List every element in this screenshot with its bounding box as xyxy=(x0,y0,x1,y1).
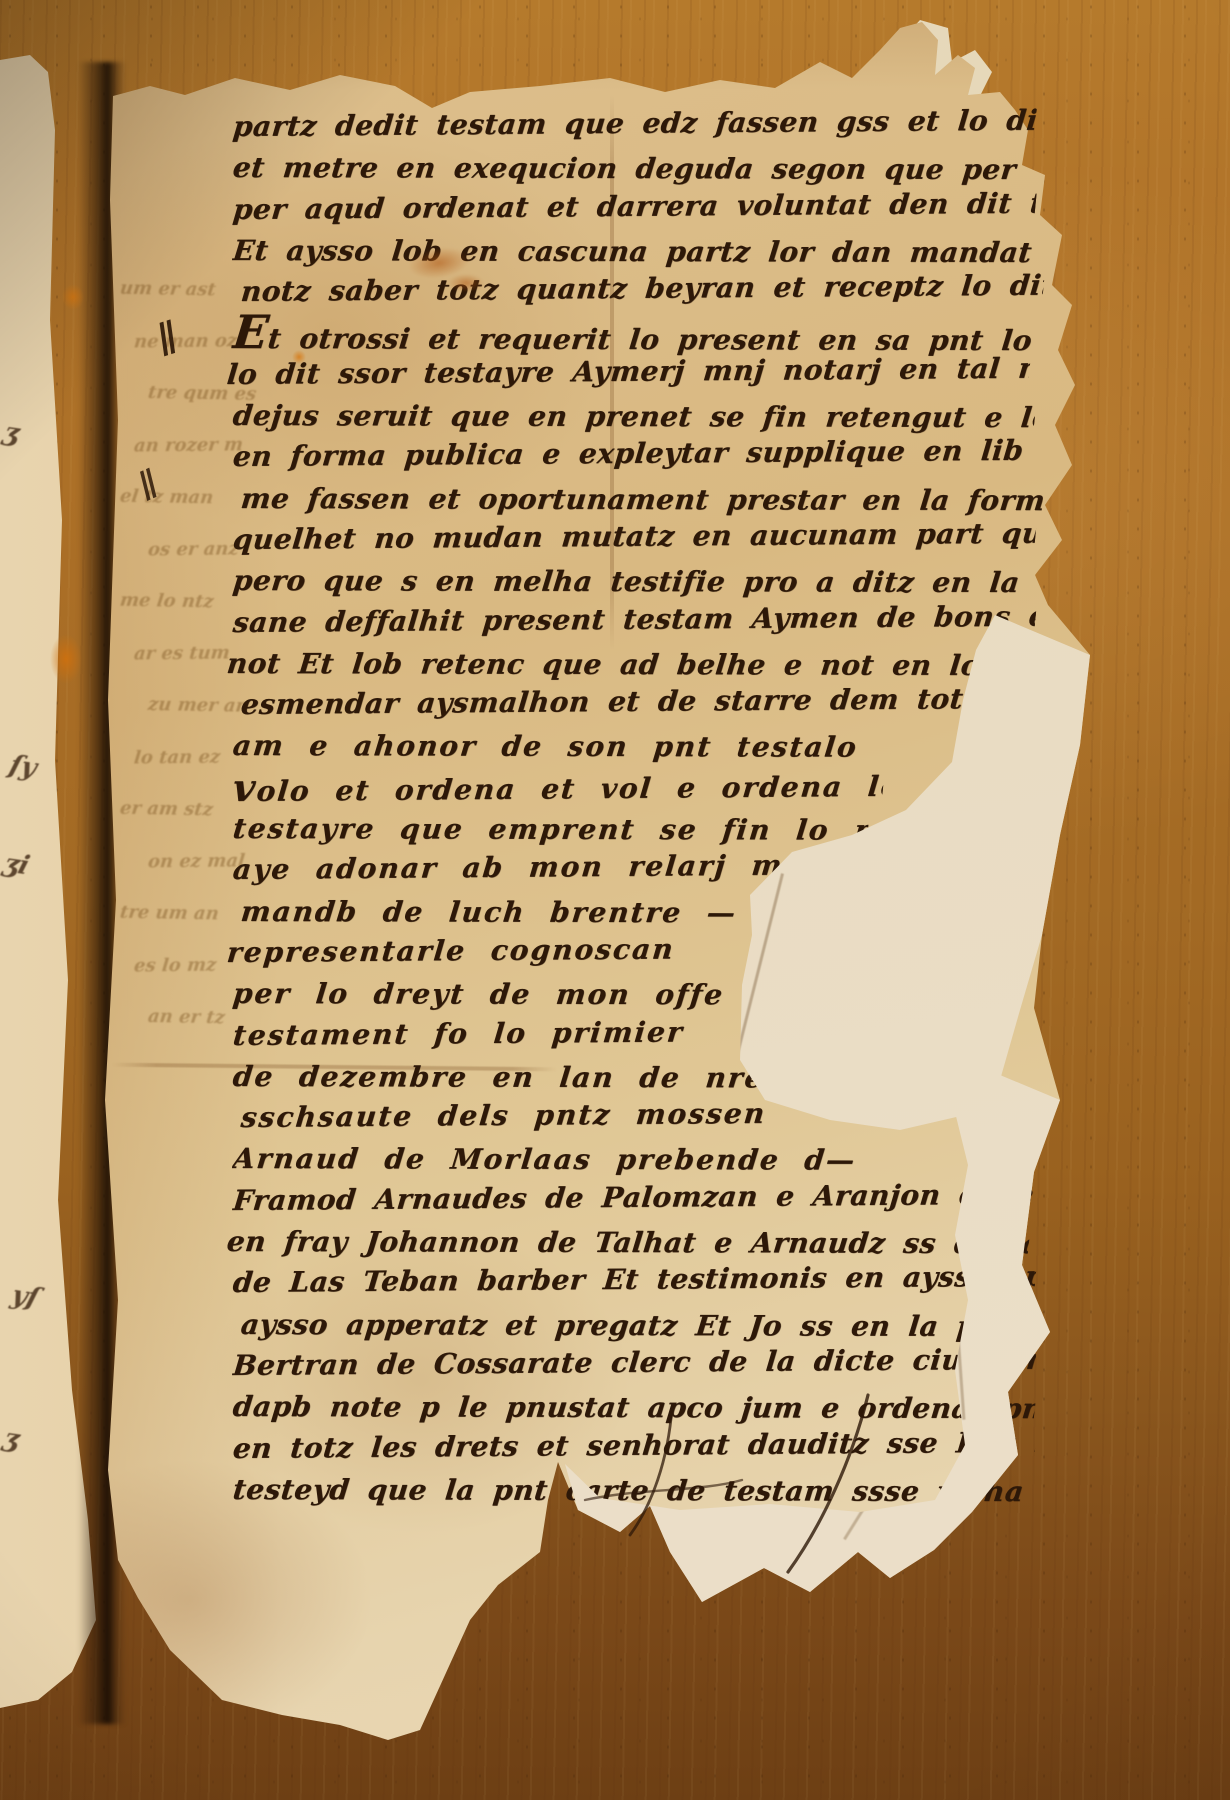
edge-ink-mark: ʒ xyxy=(0,1423,23,1454)
text-line: per lo dreyt de mon offe xyxy=(231,973,732,1016)
text-line: Framod Arnaudes de Palomzan e Aranjon e … xyxy=(231,1173,1038,1221)
text-line: sane deffalhit present testam Aymen de b… xyxy=(231,595,1038,643)
edge-ink-mark: yſ xyxy=(8,1281,42,1314)
text-line: en totz les drets et senhorat dauditz ss… xyxy=(231,1421,1038,1469)
text-line: aye adonar ab mon relarj mostrar xyxy=(231,845,848,891)
text-line: Bertran de Cossarate clerc de la dicte c… xyxy=(231,1339,1038,1387)
text-line: notz saber totz quantz beyran et receptz… xyxy=(239,265,1046,313)
text-line: esmendar aysmalhon et de starre dem totz… xyxy=(239,678,1046,726)
text-line: testament fo lo primier xyxy=(231,1011,722,1056)
text-line: lo dit ssor testayre Aymerj mnj notarj e… xyxy=(225,347,1032,395)
edge-ink-mark: ʒ xyxy=(0,417,23,448)
manuscript-photo: ʒſyʒiyſʒ um er astne man oztre qum esan … xyxy=(0,0,1230,1800)
text-line: en forma publica e expleytar supplique e… xyxy=(231,430,1038,478)
text-line: partz dedit testam que edz fassen gss et… xyxy=(231,100,1038,148)
edge-ink-mark: ſy xyxy=(6,751,40,784)
text-line: volo et ordena et vol e ordena lo xyxy=(231,762,886,808)
text-line: representarle cognoscan au xyxy=(225,928,699,973)
text-line: quelhet no mudan mutatz en aucunam part … xyxy=(231,513,1038,561)
edge-ink-mark: ʒi xyxy=(0,849,33,882)
text-line: per aqud ordenat et darrera voluntat den… xyxy=(231,182,1038,230)
text-line: de Las Teban barber Et testimonis en ays… xyxy=(231,1256,1038,1304)
